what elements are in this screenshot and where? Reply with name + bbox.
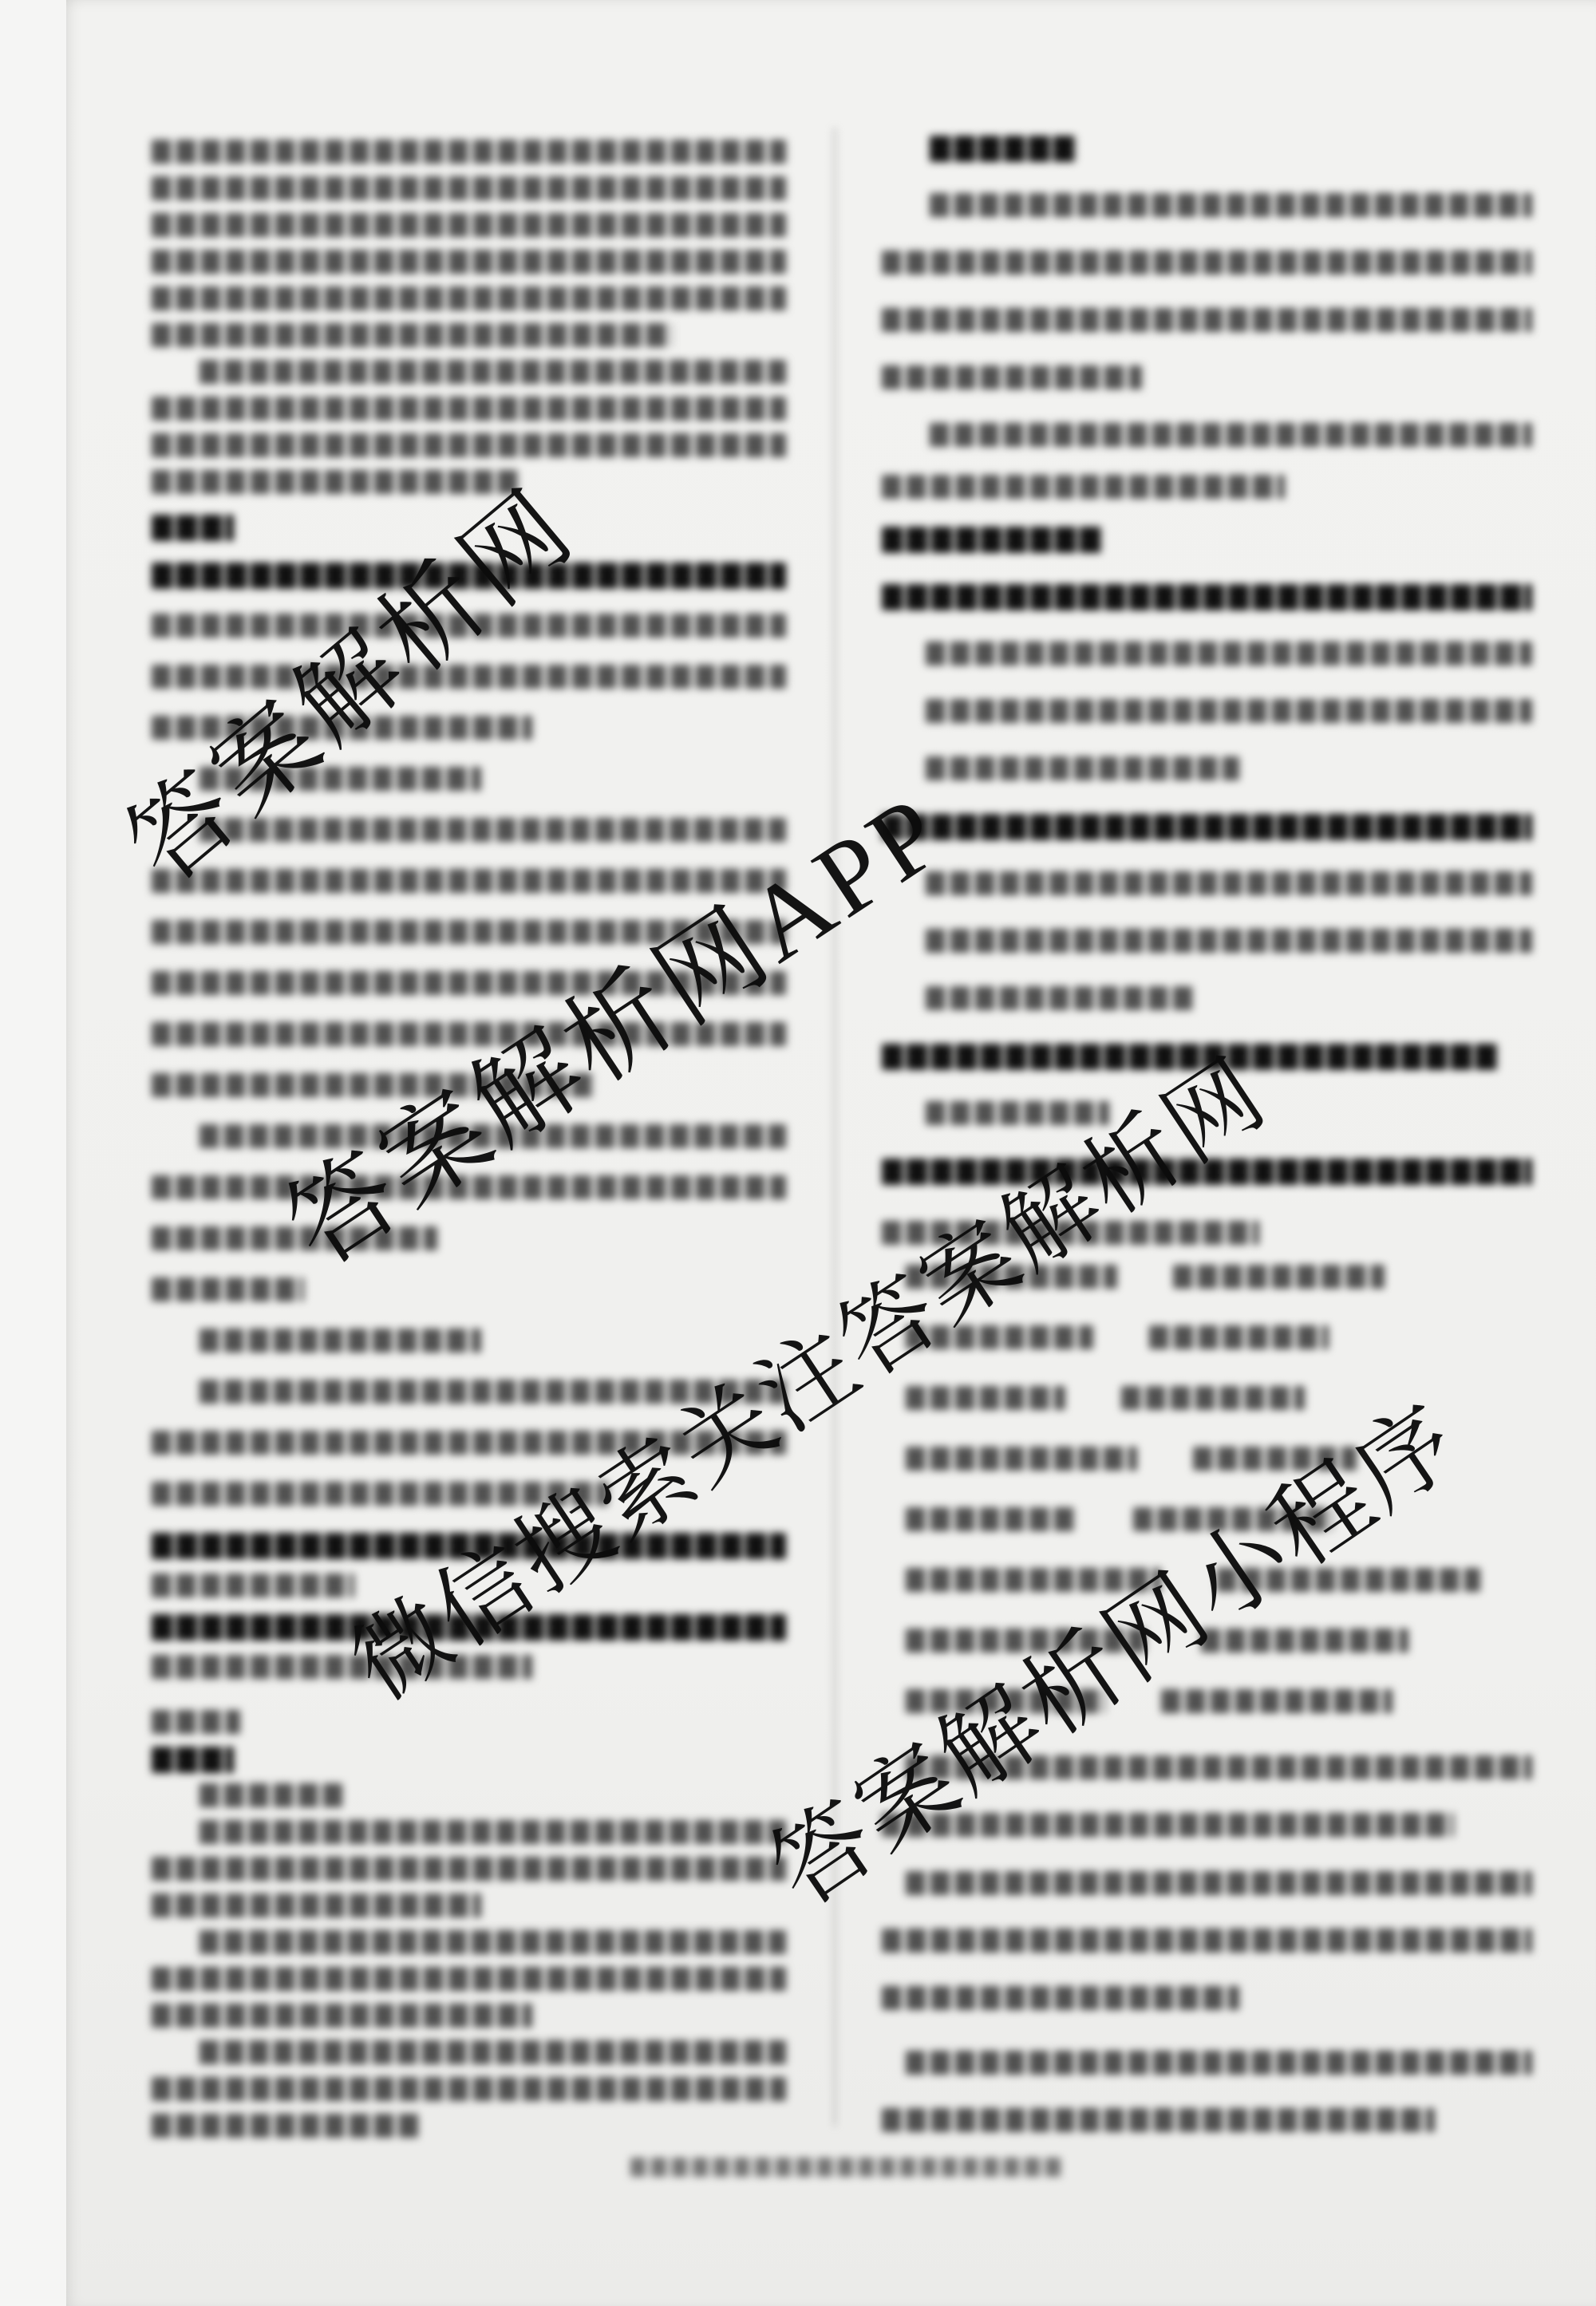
blurred-text-line <box>152 1893 481 1917</box>
blurred-text-line <box>152 1967 786 1991</box>
blurred-text-line <box>199 360 786 384</box>
blurred-text-line <box>152 1073 596 1097</box>
blurred-answer-phrase <box>1173 1265 1385 1289</box>
blurred-text-line <box>882 584 1532 610</box>
blurred-text-line <box>926 871 1532 895</box>
blurred-text-line <box>906 1265 1385 1289</box>
blurred-text-line <box>882 1221 1259 1245</box>
blurred-text-line <box>906 1568 1480 1592</box>
blurred-text-line <box>152 213 786 237</box>
blurred-text-line <box>930 423 1532 447</box>
blurred-text-line <box>199 767 481 791</box>
blurred-text-line <box>882 527 1103 553</box>
blurred-text-line <box>152 1022 786 1046</box>
blurred-text-line <box>152 140 786 164</box>
blurred-text-line <box>152 869 786 893</box>
blurred-text-line <box>152 1747 234 1773</box>
blurred-text-line <box>906 1447 1357 1471</box>
blurred-answer-phrase <box>1121 1386 1305 1410</box>
blurred-answer-phrase <box>906 1265 1117 1289</box>
blurred-text-line <box>152 1482 608 1506</box>
blurred-text-line <box>199 1380 786 1404</box>
blurred-text-line <box>906 1871 1532 1895</box>
blurred-text-line <box>199 2040 786 2064</box>
blurred-text-line <box>152 1431 786 1455</box>
blurred-text-line <box>906 1325 1329 1349</box>
blurred-text-line <box>152 397 786 421</box>
blurred-text-line <box>152 1710 240 1734</box>
blurred-text-line <box>152 470 519 494</box>
blurred-answer-phrase <box>1133 1507 1333 1531</box>
blurred-text-line <box>906 2051 1532 2075</box>
blurred-text-line <box>882 1986 1239 2010</box>
blurred-text-line <box>152 515 234 541</box>
blurred-text-line <box>906 1629 1408 1653</box>
blurred-answer-phrase <box>1201 1629 1408 1653</box>
blurred-answer-phrase <box>906 1447 1137 1471</box>
blurred-text-line <box>199 818 786 842</box>
blurred-text-line <box>199 1124 786 1148</box>
blurred-answer-phrase <box>1149 1325 1329 1349</box>
blurred-answer-phrase <box>1161 1689 1393 1713</box>
blurred-text-line <box>152 1574 354 1597</box>
blurred-text-line <box>152 614 786 638</box>
blurred-answer-phrase <box>906 1507 1077 1531</box>
blurred-text-line <box>926 756 1239 780</box>
blurred-text-line <box>152 1277 304 1301</box>
blurred-text-line <box>152 1614 786 1641</box>
blurred-text-line <box>926 699 1532 723</box>
blurred-text-line <box>930 193 1532 217</box>
blurred-text-line <box>199 1930 786 1954</box>
blurred-answer-phrase <box>906 1568 1161 1592</box>
page-footer-text <box>630 2158 1061 2177</box>
blurred-text-line <box>882 1929 1532 1953</box>
blurred-text-line <box>152 286 786 310</box>
blurred-text-line <box>882 251 1532 274</box>
blurred-text-line <box>882 2108 1435 2132</box>
blurred-text-line <box>152 1655 532 1679</box>
blurred-text-line <box>906 1507 1333 1531</box>
blurred-text-line <box>152 250 786 274</box>
blurred-text-line <box>152 2114 418 2138</box>
blurred-text-line <box>152 2004 532 2028</box>
blurred-answer-phrase <box>906 1325 1093 1349</box>
blurred-answer-phrase <box>906 1629 1145 1653</box>
blurred-text-line <box>152 563 786 589</box>
blurred-text-line <box>152 1226 437 1250</box>
blurred-text-line <box>152 665 786 689</box>
blurred-text-line <box>152 1857 786 1881</box>
blurred-text-line <box>152 971 786 995</box>
blurred-text-line <box>152 1533 786 1559</box>
blurred-text-line <box>882 308 1532 332</box>
blurred-text-line <box>152 1175 786 1199</box>
blurred-text-line <box>882 1813 1454 1837</box>
blurred-text-line <box>152 716 532 740</box>
blurred-text-line <box>152 433 786 457</box>
blurred-text-line <box>882 1159 1532 1185</box>
blurred-answer-phrase <box>906 1689 1105 1713</box>
blurred-text-line <box>882 475 1285 499</box>
blurred-text-line <box>906 1689 1393 1713</box>
blurred-text-line <box>906 1386 1305 1410</box>
blurred-text-line <box>199 1329 481 1352</box>
blurred-answer-phrase <box>1193 1447 1357 1471</box>
blurred-text-line <box>199 1820 786 1844</box>
blurred-text-line <box>199 1783 342 1807</box>
blurred-text-line <box>906 1755 1532 1779</box>
blurred-text-line <box>882 365 1142 389</box>
blurred-text-line <box>152 2077 786 2101</box>
blurred-answer-phrase <box>906 1386 1065 1410</box>
blurred-text-line <box>882 1044 1499 1070</box>
blurred-text-line <box>152 323 672 347</box>
blurred-text-line <box>930 136 1077 162</box>
blurred-text-line <box>926 642 1532 665</box>
blurred-scan-layer <box>0 0 1596 2306</box>
blurred-answer-phrase <box>1217 1568 1480 1592</box>
blurred-text-line <box>926 986 1194 1010</box>
blurred-text-line <box>882 814 1532 840</box>
column-divider-rule <box>834 128 836 2126</box>
blurred-text-line <box>152 920 786 944</box>
blurred-text-line <box>926 929 1532 953</box>
blurred-text-line <box>926 1101 1109 1125</box>
blurred-text-line <box>152 176 786 200</box>
